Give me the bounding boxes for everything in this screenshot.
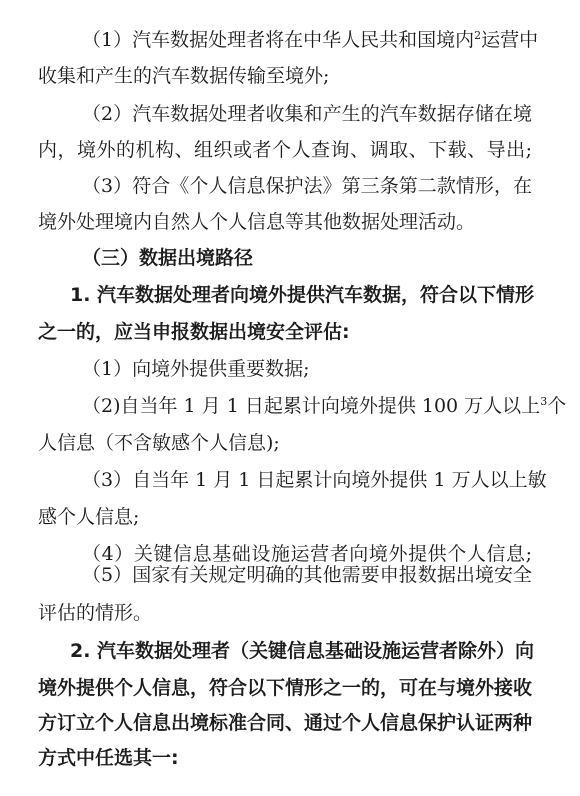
- item-2-line-4: 方式中任选其一:: [38, 743, 532, 773]
- text-span: 个: [547, 395, 566, 417]
- text-span: 运营中: [481, 29, 538, 51]
- paragraph-2-line-1: （2）汽车数据处理者收集和产生的汽车数据存储在境: [82, 99, 532, 129]
- item-1-line-2: 之一的，应当申报数据出境安全评估:: [38, 317, 532, 347]
- item-1-line-1: 1. 汽车数据处理者向境外提供汽车数据，符合以下情形: [70, 280, 532, 310]
- paragraph-1-line-1: （1）汽车数据处理者将在中华人民共和国境内2运营中: [82, 25, 532, 55]
- item-2-line-1: 2. 汽车数据处理者（关键信息基础设施运营者除外）向: [70, 636, 532, 666]
- item-1-sub-5-line-2: 评估的情形。: [38, 598, 532, 628]
- item-1-sub-5-line-1: （5）国家有关规定明确的其他需要申报数据出境安全: [82, 560, 532, 590]
- section-heading: （三）数据出境路径: [82, 243, 532, 273]
- item-2-line-3: 方订立个人信息出境标准合同、通过个人信息保护认证两种: [38, 708, 532, 738]
- text-span: （1）汽车数据处理者将在中华人民共和国境内: [82, 29, 474, 51]
- item-1-sub-3-line-1: （3）自当年 1 月 1 日起累计向境外提供 1 万人以上敏: [82, 465, 532, 495]
- paragraph-2-line-2: 内，境外的机构、组织或者个人查询、调取、下载、导出;: [38, 135, 532, 165]
- paragraph-1-line-2: 收集和产生的汽车数据传输至境外;: [38, 61, 532, 91]
- document-page: （1）汽车数据处理者将在中华人民共和国境内2运营中 收集和产生的汽车数据传输至境…: [0, 0, 580, 796]
- item-1-sub-1: （1）向境外提供重要数据;: [82, 354, 532, 384]
- item-1-sub-3-line-2: 感个人信息;: [38, 502, 532, 532]
- paragraph-3-line-1: （3）符合《个人信息保护法》第三条第二款情形，在: [82, 171, 532, 201]
- item-2-line-2: 境外提供个人信息，符合以下情形之一的，可在与境外接收: [38, 673, 532, 703]
- paragraph-3-line-2: 境外处理境内自然人个人信息等其他数据处理活动。: [38, 207, 458, 237]
- item-1-sub-2-line-2: 人信息（不含敏感个人信息);: [38, 428, 532, 458]
- item-1-sub-2-line-1: （2)自当年 1 月 1 日起累计向境外提供 100 万人以上3个: [82, 391, 532, 421]
- text-span: （2)自当年 1 月 1 日起累计向境外提供 100 万人以上: [82, 395, 540, 417]
